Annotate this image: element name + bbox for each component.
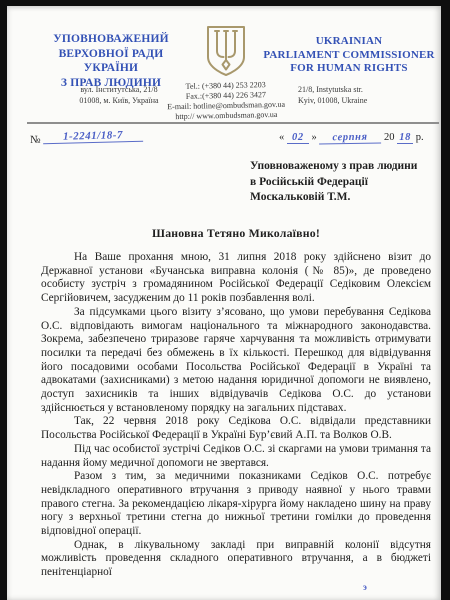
org-title-en-line: PARLIAMENT COMMISSIONER	[259, 49, 439, 63]
paragraph: За підсумками цього візиту з’ясовано, що…	[41, 306, 431, 416]
org-title-ua-line: УПОВНОВАЖЕНИЙ	[33, 32, 189, 47]
addressee-block: Уповноваженому з прав людини в Російські…	[250, 159, 435, 206]
date-quote-open: «	[279, 132, 284, 143]
reference-number-handwritten: 1-2241/18-7	[43, 129, 143, 144]
paragraph: Однак, в лікувальному закладі при виправ…	[41, 539, 431, 580]
addressee-line: Уповноваженому з прав людини	[250, 159, 435, 175]
org-title-english: UKRAINIAN PARLIAMENT COMMISSIONER FOR HU…	[259, 35, 439, 76]
paragraph: Разом з тим, за медичними показниками Се…	[41, 470, 431, 539]
salutation: Шановна Тетяно Миколаївно!	[41, 226, 431, 241]
date-day-handwritten: 02	[287, 132, 309, 144]
letter-page: УПОВНОВАЖЕНИЙ ВЕРХОВНОЇ РАДИ УКРАЇНИ З П…	[7, 6, 441, 600]
address-en-line: Kyiv, 01008, Ukraine	[298, 96, 418, 107]
addressee-line: Москальковій Т.М.	[250, 190, 435, 206]
date-year-handwritten: 18	[397, 132, 413, 144]
date-year-suffix: р.	[416, 132, 424, 143]
scanned-letter: УПОВНОВАЖЕНИЙ ВЕРХОВНОЇ РАДИ УКРАЇНИ З П…	[0, 0, 450, 600]
org-title-ua-line: ВЕРХОВНОЇ РАДИ УКРАЇНИ	[33, 47, 189, 76]
header-separator-rule	[27, 122, 439, 124]
letter-body: На Ваше прохання мною, 31 липня 2018 рок…	[41, 251, 431, 580]
addressee-line: в Російській Федерації	[250, 175, 435, 191]
org-title-en-line: FOR HUMAN RIGHTS	[259, 62, 439, 76]
handwritten-page-mark: э	[363, 582, 367, 592]
org-title-en-line: UKRAINIAN	[259, 35, 439, 49]
address-en-line: 21/8, Instytutska str.	[298, 85, 418, 96]
date-month-handwritten: серпня	[319, 131, 381, 144]
paragraph: Під час особистої зустрічі Седіков О.С. …	[41, 443, 431, 470]
paragraph: На Ваше прохання мною, 31 липня 2018 рок…	[41, 251, 431, 306]
paragraph: Так, 22 червня 2018 року Седікова О.С. в…	[41, 415, 431, 442]
address-english: 21/8, Instytutska str. Kyiv, 01008, Ukra…	[298, 85, 418, 106]
date-year-prefix: 20	[384, 132, 395, 143]
date-line: « 02 » серпня 20 18 р.	[279, 132, 439, 144]
ukraine-trident-emblem-icon	[204, 24, 248, 78]
contact-block: Tel.: (+380 44) 253 2203 Fax.:(+380 44) …	[147, 79, 306, 122]
reference-number-sign: №	[30, 134, 41, 146]
date-quote-close: »	[312, 132, 317, 143]
